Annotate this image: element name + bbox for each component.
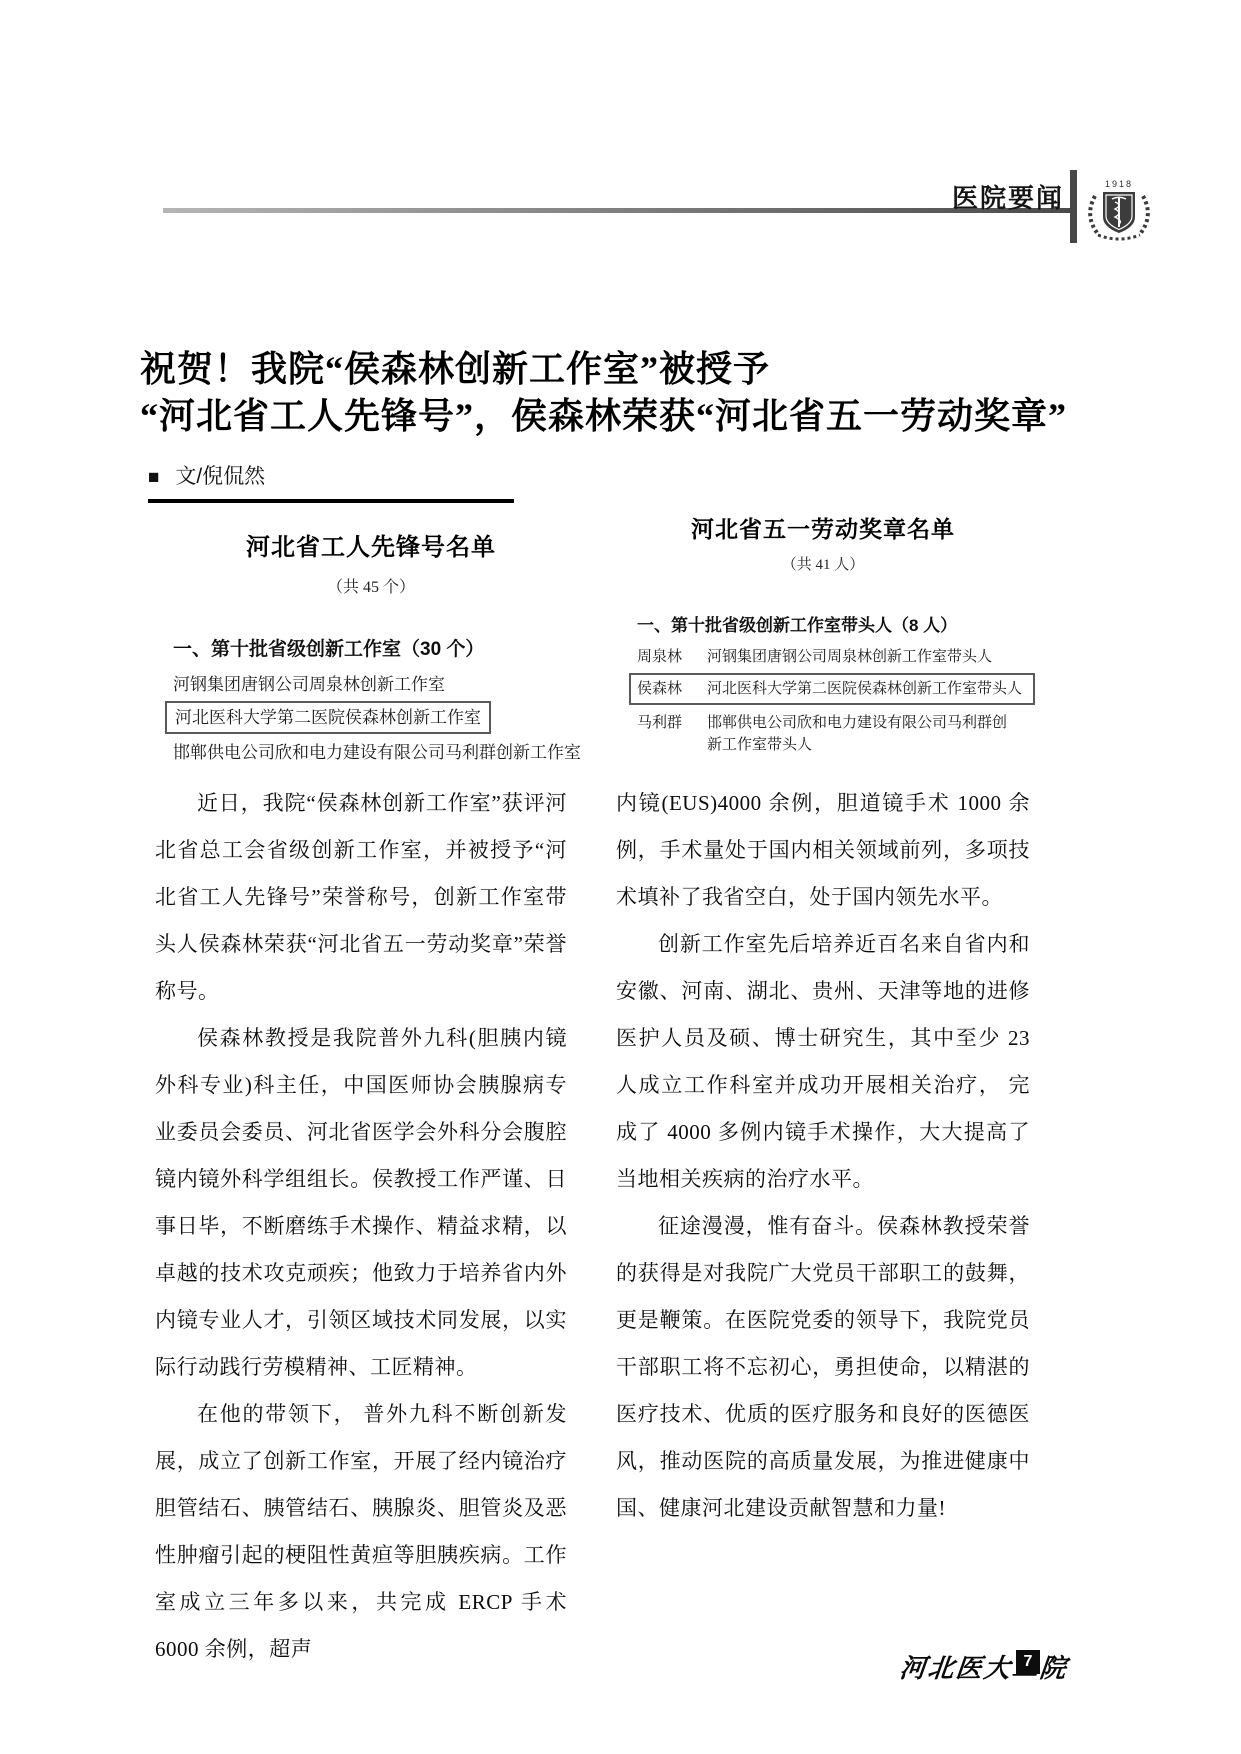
- body-paragraph: 创新工作室先后培养近百名来自省内和安徽、河南、湖北、贵州、天津等地的进修医护人员…: [616, 921, 1030, 1203]
- awardee-name: 周泉林: [637, 646, 707, 668]
- byline-text: 文/倪侃然: [175, 465, 265, 488]
- list-subtitle: （共 41 人）: [637, 553, 1009, 574]
- awardee-name: 侯森林: [637, 678, 707, 700]
- footer-brand: 河北医大二院: [898, 1648, 1070, 1685]
- laurel-left: [1090, 196, 1098, 234]
- body-paragraph-continuation: 内镜(EUS)4000 余例，胆道镜手术 1000 余例，手术量处于国内相关领域…: [616, 780, 1030, 921]
- list-section-heading: 一、第十批省级创新工作室带头人（8 人）: [637, 611, 1009, 636]
- newsletter-page: 医院要闻 1918 祝贺！我院“侯森林创新工作室”被授予 “河北省工人先锋号”，…: [0, 0, 1241, 1754]
- list-subtitle: （共 45 个）: [160, 574, 582, 597]
- awardee-desc: 河北医科大学第二医院侯森林创新工作室带头人: [707, 678, 1027, 700]
- list-item: 邯郸供电公司欣和电力建设有限公司马利群创新工作室: [160, 741, 582, 764]
- article-title-line1: 祝贺！我院“侯森林创新工作室”被授予: [140, 346, 1100, 393]
- hospital-emblem-icon: 1918: [1082, 176, 1156, 242]
- labor-medal-list-panel: 河北省五一劳动奖章名单 （共 41 人） 一、第十批省级创新工作室带头人（8 人…: [637, 500, 1009, 756]
- body-paragraph: 侯森林教授是我院普外九科(胆胰内镜外科专业)科主任，中国医师协会胰腺病专业委员会…: [155, 1015, 567, 1391]
- article-title: 祝贺！我院“侯森林创新工作室”被授予 “河北省工人先锋号”，侯森林荣获“河北省五…: [140, 346, 1100, 440]
- logo-year: 1918: [1105, 179, 1133, 189]
- section-label: 医院要闻: [952, 178, 1064, 215]
- body-column-right: 内镜(EUS)4000 余例，胆道镜手术 1000 余例，手术量处于国内相关领域…: [616, 780, 1030, 1532]
- list-title: 河北省工人先锋号名单: [160, 531, 582, 565]
- body-paragraph: 在他的带领下， 普外九科不断创新发展，成立了创新工作室，开展了经内镜治疗胆管结石…: [155, 1391, 567, 1673]
- page-number-badge: 7: [1016, 1650, 1040, 1674]
- header-divider: [163, 208, 1072, 213]
- body-column-left: 近日，我院“侯森林创新工作室”获评河北省总工会省级创新工作室，并被授予“河北省工…: [155, 780, 567, 1673]
- awardee-desc: 河钢集团唐钢公司周泉林创新工作室带头人: [707, 646, 1009, 668]
- laurel-right: [1140, 196, 1148, 234]
- byline: ■ 文/倪侃然: [148, 460, 514, 503]
- body-paragraph: 近日，我院“侯森林创新工作室”获评河北省总工会省级创新工作室，并被授予“河北省工…: [155, 780, 567, 1015]
- list-section-heading: 一、第十批省级创新工作室（30 个）: [160, 634, 582, 661]
- awardee-name: 马利群: [637, 712, 707, 756]
- article-title-line2: “河北省工人先锋号”，侯森林荣获“河北省五一劳动奖章”: [140, 393, 1100, 440]
- list-row: 周泉林 河钢集团唐钢公司周泉林创新工作室带头人: [637, 646, 1009, 668]
- list-item: 河钢集团唐钢公司周泉林创新工作室: [160, 673, 582, 696]
- worker-pioneer-list-panel: 河北省工人先锋号名单 （共 45 个） 一、第十批省级创新工作室（30 个） 河…: [160, 515, 582, 764]
- list-item-highlighted: 河北医科大学第二医院侯森林创新工作室: [165, 701, 491, 734]
- list-row-highlighted: 侯森林 河北医科大学第二医院侯森林创新工作室带头人: [629, 673, 1035, 705]
- list-row: 马利群 邯郸供电公司欣和电力建设有限公司马利群创新工作室带头人: [637, 712, 1009, 756]
- header-vertical-bar: [1070, 170, 1077, 243]
- body-paragraph: 征途漫漫，惟有奋斗。侯森林教授荣誉的获得是对我院广大党员干部职工的鼓舞，更是鞭策…: [616, 1203, 1030, 1532]
- list-title: 河北省五一劳动奖章名单: [637, 514, 1009, 546]
- awardee-desc: 邯郸供电公司欣和电力建设有限公司马利群创新工作室带头人: [707, 712, 1009, 756]
- byline-square-icon: ■: [148, 467, 159, 488]
- laurel-bottom: [1098, 235, 1140, 239]
